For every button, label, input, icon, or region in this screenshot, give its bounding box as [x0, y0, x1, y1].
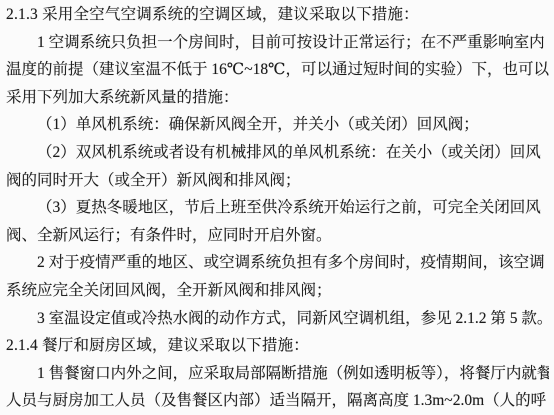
- body-paragraph: 1 售餐窗口内外之间，应采取局部隔断措施（例如透明板等），将餐厅内就餐人员与厨房…: [6, 360, 549, 415]
- body-paragraph: （2）双风机系统或者设有机械排风的单风机系统：在关小（或关闭）回风阀的同时开大（…: [6, 139, 549, 194]
- text-line: 阀、全新风运行；有条件时，应同时开启外窗。: [6, 222, 549, 250]
- text-line: 系统应完全关闭回风阀，全开新风阀和排风阀；: [6, 277, 549, 305]
- text-line: 1 售餐窗口内外之间，应采取局部隔断措施（例如透明板等），将餐厅内就餐: [6, 360, 549, 388]
- text-line: 阀的同时开大（或全开）新风阀和排风阀；: [6, 167, 549, 195]
- section-heading: 2.1.4 餐厅和厨房区域，建议采取以下措施：: [6, 332, 549, 360]
- text-line: 2 对于疫情严重的地区、或空调系统负担有多个房间时，疫情期间，该空调: [6, 249, 549, 277]
- text-line: 3 室温设定值或冷热水阀的动作方式，同新风空调机组，参见 2.1.2 第 5 款…: [6, 305, 549, 333]
- body-paragraph: （1）单风机系统：确保新风阀全开，并关小（或关闭）回风阀；: [6, 111, 549, 139]
- section-heading: 2.1.3 采用全空气空调系统的空调区域，建议采取以下措施：: [6, 1, 549, 29]
- body-paragraph: 2 对于疫情严重的地区、或空调系统负担有多个房间时，疫情期间，该空调系统应完全关…: [6, 249, 549, 304]
- text-line: 温度的前提（建议室温不低于 16℃~18℃，可以通过短时间的实验）下，也可以: [6, 56, 549, 84]
- document-page: 2.1.3 采用全空气空调系统的空调区域，建议采取以下措施：1 空调系统只负担一…: [0, 0, 554, 415]
- text-line: 采用下列加大系统新风量的措施：: [6, 84, 549, 112]
- text-line: （2）双风机系统或者设有机械排风的单风机系统：在关小（或关闭）回风: [6, 139, 549, 167]
- text-line: （3）夏热冬暖地区，节后上班至供冷系统开始运行之前，可完全关闭回风: [6, 194, 549, 222]
- text-line: 2.1.4 餐厅和厨房区域，建议采取以下措施：: [6, 332, 549, 360]
- text-line: 2.1.3 采用全空气空调系统的空调区域，建议采取以下措施：: [6, 1, 549, 29]
- text-line: 1 空调系统只负担一个房间时，目前可按设计正常运行；在不严重影响室内: [6, 29, 549, 57]
- body-paragraph: （3）夏热冬暖地区，节后上班至供冷系统开始运行之前，可完全关闭回风阀、全新风运行…: [6, 194, 549, 249]
- text-line: （1）单风机系统：确保新风阀全开，并关小（或关闭）回风阀；: [6, 111, 549, 139]
- text-line: 人员与厨房加工人员（及售餐区内部）适当隔开，隔离高度 1.3m~2.0m（人的呼: [6, 387, 549, 415]
- body-paragraph: 3 室温设定值或冷热水阀的动作方式，同新风空调机组，参见 2.1.2 第 5 款…: [6, 305, 549, 333]
- body-paragraph: 1 空调系统只负担一个房间时，目前可按设计正常运行；在不严重影响室内温度的前提（…: [6, 29, 549, 112]
